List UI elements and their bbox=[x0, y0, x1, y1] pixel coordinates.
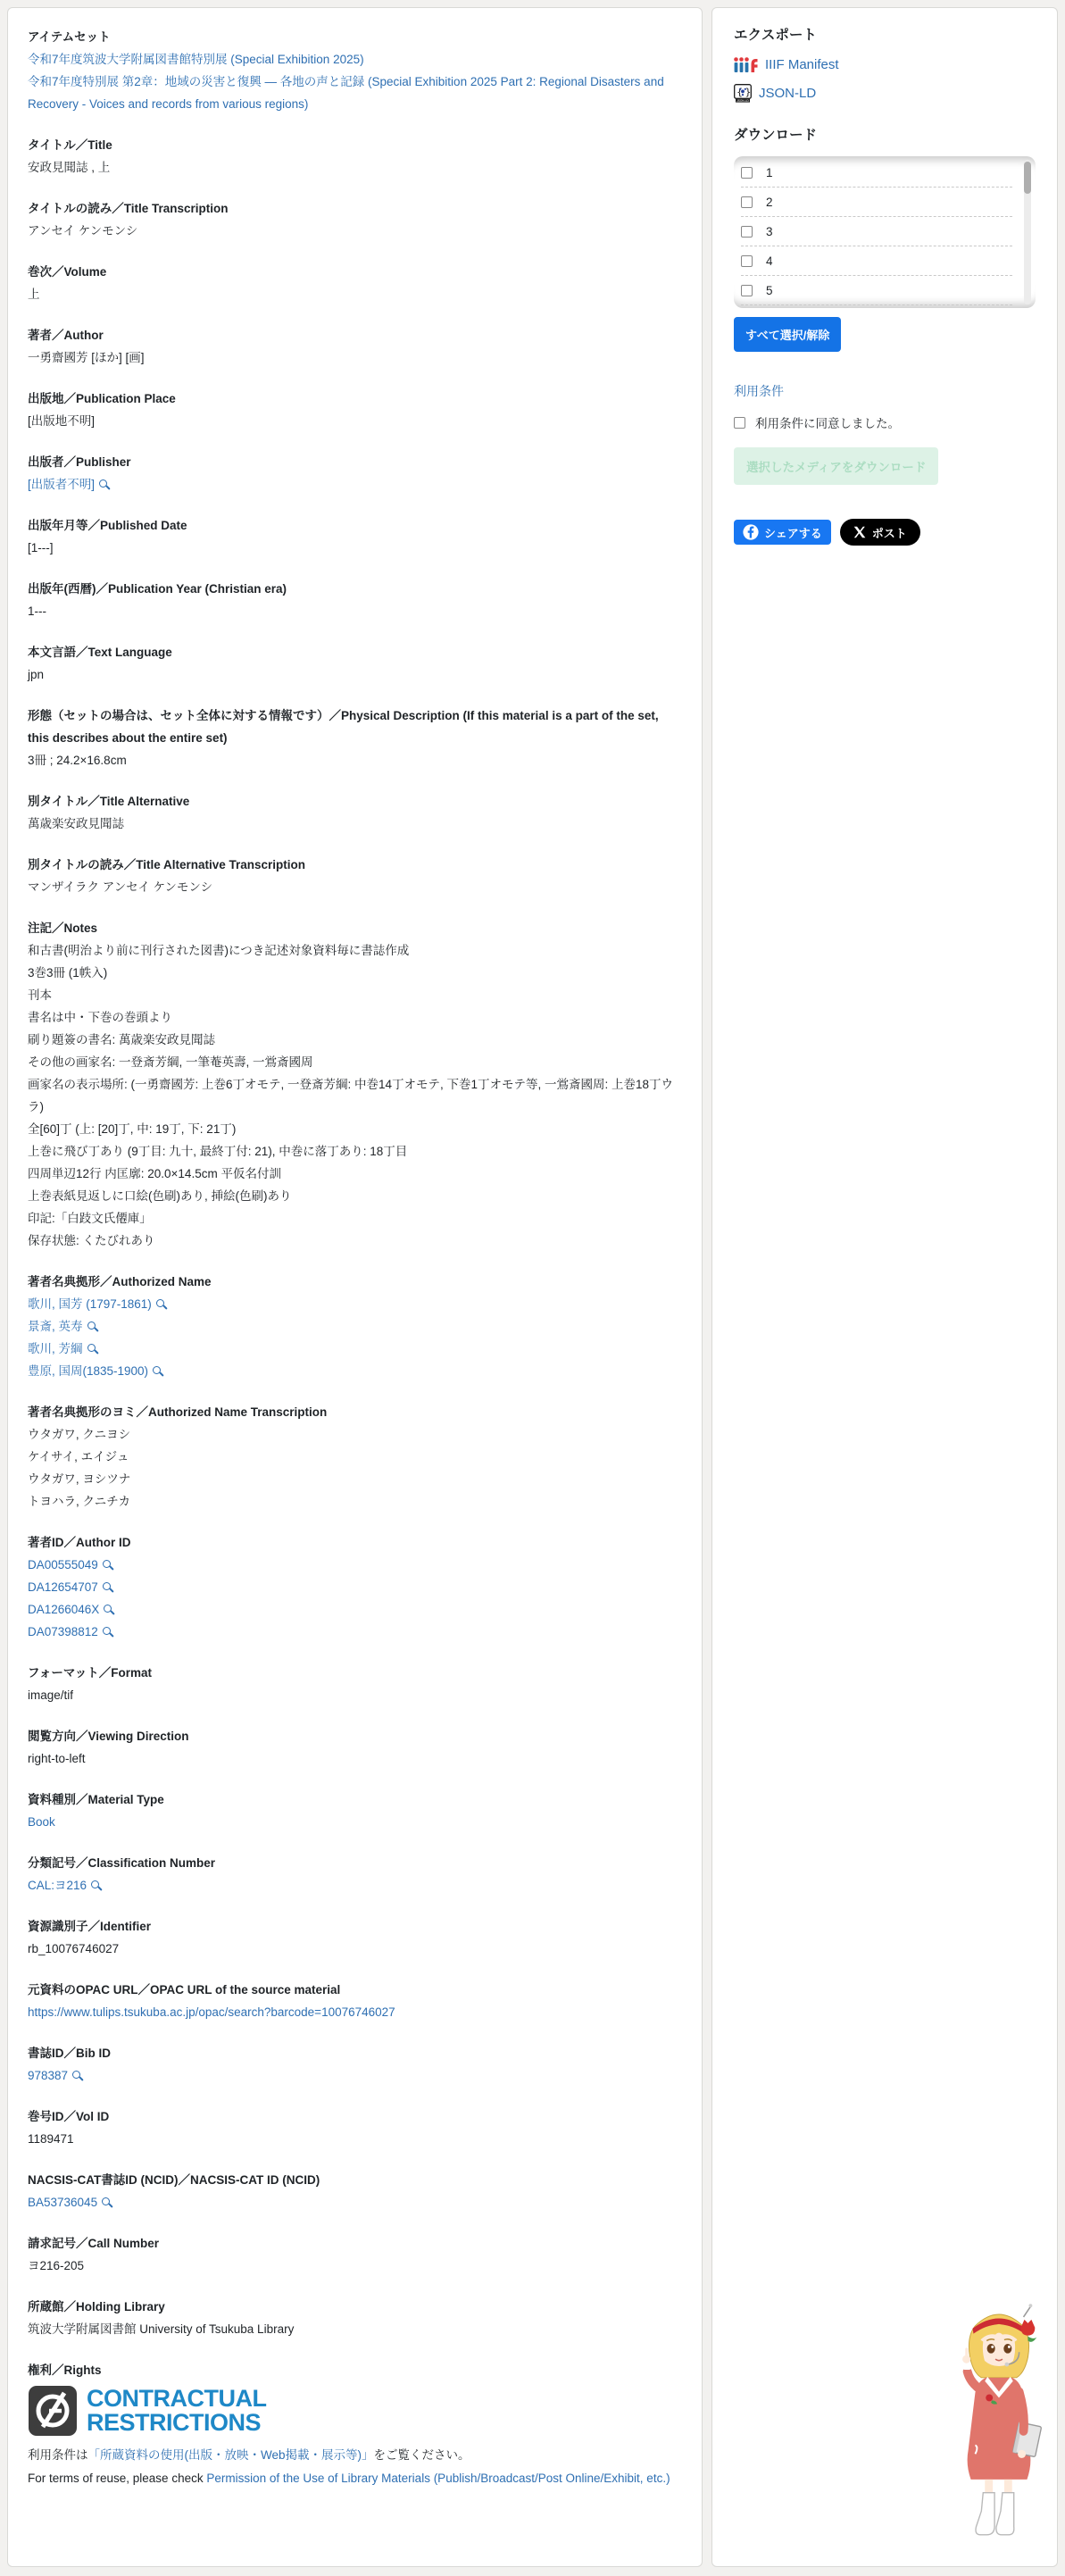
search-icon[interactable] bbox=[104, 1605, 112, 1613]
field-authorized-name-transcription: 著者名典拠形のヨミ／Authorized Name Transcription … bbox=[28, 1401, 682, 1513]
field-value: 筑波大学附属図書館 University of Tsukuba Library bbox=[28, 2318, 682, 2340]
field-label: 著者名典拠形／Authorized Name bbox=[28, 1271, 682, 1293]
material-type-link[interactable]: Book bbox=[28, 1815, 55, 1829]
svg-text:JSON-LD: JSON-LD bbox=[736, 99, 749, 103]
field-author-id: 著者ID／Author ID DA00555049 DA12654707 DA1… bbox=[28, 1531, 682, 1643]
contractual-restrictions-logo: CONTRACTUAL RESTRICTIONS bbox=[28, 2385, 682, 2437]
notes-line: 全[60]丁 (上: [20]丁, 中: 19丁, 下: 21丁) bbox=[28, 1118, 682, 1140]
field-label: 所蔵館／Holding Library bbox=[28, 2296, 682, 2318]
itemset-link[interactable]: 令和7年度筑波大学附属図書館特別展 (Special Exhibition 20… bbox=[28, 48, 682, 71]
field-format: フォーマット／Format image/tif bbox=[28, 1662, 682, 1706]
field-label: 形態（セットの場合は、セット全体に対する情報です）／Physical Descr… bbox=[28, 704, 682, 749]
search-icon[interactable] bbox=[156, 1299, 164, 1307]
field-label: 権利／Rights bbox=[28, 2359, 682, 2381]
field-notes: 注記／Notes 和古書(明治より前に刊行された図書)につき記述対象資料毎に書誌… bbox=[28, 917, 682, 1252]
facebook-icon bbox=[743, 524, 759, 540]
publisher-link[interactable]: [出版者不明] bbox=[28, 478, 95, 491]
field-label: NACSIS-CAT書誌ID (NCID)／NACSIS-CAT ID (NCI… bbox=[28, 2169, 682, 2191]
jsonld-logo-icon: { } JSON-LD bbox=[734, 84, 752, 103]
media-number: 1 bbox=[766, 166, 773, 179]
iiif-manifest-link[interactable]: IIIF Manifest bbox=[765, 57, 839, 72]
media-checkbox[interactable] bbox=[741, 255, 753, 267]
field-label: 出版年(西暦)／Publication Year (Christian era) bbox=[28, 578, 682, 600]
field-vol-id: 巻号ID／Vol ID 1189471 bbox=[28, 2105, 682, 2150]
field-classification-number: 分類記号／Classification Number CAL:ヨ216 bbox=[28, 1852, 682, 1897]
notes-line: その他の画家名: 一登斎芳綱, 一筆菴英壽, 一鴬斎國周 bbox=[28, 1051, 682, 1073]
search-icon[interactable] bbox=[99, 479, 107, 488]
field-value: jpn bbox=[28, 663, 682, 686]
field-ncid: NACSIS-CAT書誌ID (NCID)／NACSIS-CAT ID (NCI… bbox=[28, 2169, 682, 2213]
field-label: アイテムセット bbox=[28, 26, 682, 48]
item-metadata-page: { "main": { "itemset": { "label": "アイテムセ… bbox=[0, 0, 1065, 2576]
field-label: 本文言語／Text Language bbox=[28, 641, 682, 663]
ncid-link[interactable]: BA53736045 bbox=[28, 2196, 97, 2209]
export-heading: エクスポート bbox=[734, 26, 1036, 46]
field-value: [出版地不明] bbox=[28, 410, 682, 432]
field-value: [1---] bbox=[28, 537, 682, 559]
agree-terms-row[interactable]: 利用条件に同意しました。 bbox=[734, 413, 1036, 431]
search-icon[interactable] bbox=[103, 1582, 111, 1590]
notes-line: 刷り題簽の書名: 萬歳楽安政見聞誌 bbox=[28, 1029, 682, 1051]
field-viewing-direction: 閲覧方向／Viewing Direction right-to-left bbox=[28, 1725, 682, 1770]
search-icon[interactable] bbox=[153, 1366, 161, 1374]
field-label: 別タイトルの読み／Title Alternative Transcription bbox=[28, 854, 682, 876]
notes-line: 印記:「白跂文氏僊庫」 bbox=[28, 1207, 682, 1230]
media-row[interactable]: 5 bbox=[741, 276, 1012, 305]
search-icon[interactable] bbox=[103, 1627, 111, 1635]
field-physical-description: 形態（セットの場合は、セット全体に対する情報です）／Physical Descr… bbox=[28, 704, 682, 771]
authorized-name-link[interactable]: 景斎, 英寿 bbox=[28, 1320, 83, 1333]
rights-terms-en-link[interactable]: Permission of the Use of Library Materia… bbox=[206, 2472, 670, 2485]
notes-line: 書名は中・下巻の巻頭より bbox=[28, 1006, 682, 1029]
notes-line: 四周単辺12行 内匡廓: 20.0×14.5cm 平仮名付訓 bbox=[28, 1163, 682, 1185]
media-row[interactable]: 3 bbox=[741, 217, 1012, 246]
field-label: 巻次／Volume bbox=[28, 261, 682, 283]
search-icon[interactable] bbox=[102, 2197, 110, 2205]
field-holding-library: 所蔵館／Holding Library 筑波大学附属図書館 University… bbox=[28, 2296, 682, 2340]
field-label: 分類記号／Classification Number bbox=[28, 1852, 682, 1874]
scrollbar-thumb[interactable] bbox=[1024, 162, 1031, 194]
bib-id-link[interactable]: 978387 bbox=[28, 2069, 68, 2082]
notes-line: 上巻に飛び丁あり (9丁目: 九十, 最終丁付: 21), 中巻に落丁あり: 1… bbox=[28, 1140, 682, 1163]
field-value: ヨ216-205 bbox=[28, 2255, 682, 2277]
field-label: 別タイトル／Title Alternative bbox=[28, 790, 682, 813]
field-itemset: アイテムセット 令和7年度筑波大学附属図書館特別展 (Special Exhib… bbox=[28, 26, 682, 115]
facebook-share-button[interactable]: シェアする bbox=[734, 520, 831, 545]
field-value: マンザイラク アンセイ ケンモンシ bbox=[28, 876, 682, 898]
rights-logo-text: CONTRACTUAL bbox=[87, 2387, 266, 2411]
field-publisher: 出版者／Publisher [出版者不明] bbox=[28, 451, 682, 496]
contractual-restrictions-icon bbox=[28, 2385, 78, 2437]
metadata-panel: アイテムセット 令和7年度筑波大学附属図書館特別展 (Special Exhib… bbox=[7, 7, 703, 2567]
select-all-button[interactable]: すべて選択/解除 bbox=[734, 317, 841, 352]
media-row[interactable]: 2 bbox=[741, 188, 1012, 217]
field-label: 著者名典拠形のヨミ／Authorized Name Transcription bbox=[28, 1401, 682, 1423]
name-yomi-line: ケイサイ, エイジュ bbox=[28, 1446, 682, 1468]
field-label: 出版地／Publication Place bbox=[28, 388, 682, 410]
field-value: 一勇齋國芳 [ほか] [画] bbox=[28, 346, 682, 369]
author-id-link[interactable]: DA12654707 bbox=[28, 1580, 98, 1594]
search-icon[interactable] bbox=[72, 2071, 80, 2079]
svg-text:}: } bbox=[745, 87, 752, 98]
notes-line: 上巻表紙見返しに口絵(色刷)あり, 挿絵(色刷)あり bbox=[28, 1185, 682, 1207]
field-value: 萬歳楽安政見聞誌 bbox=[28, 813, 682, 835]
rights-notice-en: For terms of reuse, please check Permiss… bbox=[28, 2467, 682, 2490]
media-checkbox[interactable] bbox=[741, 196, 753, 208]
field-authorized-name: 著者名典拠形／Authorized Name 歌川, 国芳 (1797-1861… bbox=[28, 1271, 682, 1382]
agree-terms-label: 利用条件に同意しました。 bbox=[755, 413, 900, 431]
field-title-transcription: タイトルの読み／Title Transcription アンセイ ケンモンシ bbox=[28, 197, 682, 242]
name-yomi-line: ウタガワ, クニヨシ bbox=[28, 1423, 682, 1446]
media-checkbox[interactable] bbox=[741, 167, 753, 179]
author-id-link[interactable]: DA07398812 bbox=[28, 1625, 98, 1638]
field-label: 出版年月等／Published Date bbox=[28, 514, 682, 537]
media-number: 4 bbox=[766, 254, 773, 268]
media-row[interactable]: 1 bbox=[741, 158, 1012, 188]
field-label: 注記／Notes bbox=[28, 917, 682, 939]
download-selected-button: 選択したメディアをダウンロード bbox=[734, 447, 938, 485]
download-heading: ダウンロード bbox=[734, 126, 1036, 146]
field-title-alternative-transcription: 別タイトルの読み／Title Alternative Transcription… bbox=[28, 854, 682, 898]
iiif-manifest-row: IIIF Manifest bbox=[734, 57, 1036, 72]
field-value: 1189471 bbox=[28, 2128, 682, 2150]
field-value: right-to-left bbox=[28, 1747, 682, 1770]
search-icon[interactable] bbox=[103, 1560, 111, 1568]
field-published-date: 出版年月等／Published Date [1---] bbox=[28, 514, 682, 559]
field-label: 資源識別子／Identifier bbox=[28, 1915, 682, 1938]
field-publication-year: 出版年(西暦)／Publication Year (Christian era)… bbox=[28, 578, 682, 622]
agree-terms-checkbox[interactable] bbox=[734, 417, 745, 429]
search-icon[interactable] bbox=[87, 1344, 96, 1352]
field-label: 書誌ID／Bib ID bbox=[28, 2042, 682, 2064]
jsonld-link[interactable]: JSON-LD bbox=[759, 86, 816, 101]
notes-line: 刊本 bbox=[28, 984, 682, 1006]
field-label: タイトルの読み／Title Transcription bbox=[28, 197, 682, 220]
notes-line: 3巻3冊 (1帙入) bbox=[28, 962, 682, 984]
media-number: 2 bbox=[766, 196, 773, 209]
authorized-name-link[interactable]: 歌川, 国芳 (1797-1861) bbox=[28, 1297, 152, 1311]
notes-line: 画家名の表示場所: (一勇齋國芳: 上巻6丁オモテ, 一登斎芳綱: 中巻14丁オ… bbox=[28, 1073, 682, 1118]
field-label: タイトル／Title bbox=[28, 134, 682, 156]
iiif-logo-icon bbox=[734, 57, 758, 72]
field-bib-id: 書誌ID／Bib ID 978387 bbox=[28, 2042, 682, 2087]
media-number: 5 bbox=[766, 284, 773, 297]
rights-logo-text: RESTRICTIONS bbox=[87, 2411, 266, 2435]
media-row[interactable]: 4 bbox=[741, 246, 1012, 276]
field-publication-place: 出版地／Publication Place [出版地不明] bbox=[28, 388, 682, 432]
field-rights: 権利／Rights CONTRACTUAL RESTRICTIONS 利用条件は… bbox=[28, 2359, 682, 2490]
media-number: 3 bbox=[766, 225, 773, 238]
field-value: rb_10076746027 bbox=[28, 1938, 682, 1960]
field-value: 安政見聞誌 , 上 bbox=[28, 156, 682, 179]
notes-line: 保存状態: くたびれあり bbox=[28, 1230, 682, 1252]
authorized-name-link[interactable]: 歌川, 芳綱 bbox=[28, 1342, 83, 1355]
field-title-alternative: 別タイトル／Title Alternative 萬歳楽安政見聞誌 bbox=[28, 790, 682, 835]
field-label: 閲覧方向／Viewing Direction bbox=[28, 1725, 682, 1747]
jsonld-row: { } JSON-LD JSON-LD bbox=[734, 84, 1036, 103]
field-label: 請求記号／Call Number bbox=[28, 2232, 682, 2255]
media-checkbox[interactable] bbox=[741, 226, 753, 238]
field-value: 3冊 ; 24.2×16.8cm bbox=[28, 749, 682, 771]
author-id-link[interactable]: DA1266046X bbox=[28, 1603, 99, 1616]
download-media-list: 1 2 3 4 5 bbox=[734, 156, 1036, 308]
field-label: 著者ID／Author ID bbox=[28, 1531, 682, 1554]
name-yomi-line: ウタガワ, ヨシツナ bbox=[28, 1468, 682, 1490]
itemset-link[interactable]: 令和7年度特別展 第2章：地域の災害と復興 ― 各地の声と記録 (Special… bbox=[28, 71, 682, 115]
rights-notice-jp: 利用条件は「所蔵資料の使用(出版・放映・Web掲載・展示等)」をご覧ください。 bbox=[28, 2444, 682, 2467]
field-label: 著者／Author bbox=[28, 324, 682, 346]
field-label: 資料種別／Material Type bbox=[28, 1788, 682, 1811]
x-icon bbox=[853, 526, 866, 538]
field-value: 上 bbox=[28, 283, 682, 305]
scrollbar-track[interactable] bbox=[1024, 160, 1031, 304]
field-label: 巻号ID／Vol ID bbox=[28, 2105, 682, 2128]
field-text-language: 本文言語／Text Language jpn bbox=[28, 641, 682, 686]
search-icon[interactable] bbox=[87, 1321, 96, 1330]
field-value: image/tif bbox=[28, 1684, 682, 1706]
media-checkbox[interactable] bbox=[741, 285, 753, 296]
name-yomi-line: トヨハラ, クニチカ bbox=[28, 1490, 682, 1513]
field-title: タイトル／Title 安政見聞誌 , 上 bbox=[28, 134, 682, 179]
notes-line: 和古書(明治より前に刊行された図書)につき記述対象資料毎に書誌作成 bbox=[28, 939, 682, 962]
rights-terms-jp-link[interactable]: 「所蔵資料の使用(出版・放映・Web掲載・展示等)」 bbox=[88, 2448, 374, 2462]
field-call-number: 請求記号／Call Number ヨ216-205 bbox=[28, 2232, 682, 2277]
terms-of-use-link[interactable]: 利用条件 bbox=[734, 382, 1036, 400]
classification-link[interactable]: CAL:ヨ216 bbox=[28, 1879, 87, 1892]
authorized-name-link[interactable]: 豊原, 国周(1835-1900) bbox=[28, 1364, 148, 1378]
field-label: 元資料のOPAC URL／OPAC URL of the source mate… bbox=[28, 1979, 682, 2001]
field-identifier: 資源識別子／Identifier rb_10076746027 bbox=[28, 1915, 682, 1960]
field-value: アンセイ ケンモンシ bbox=[28, 220, 682, 242]
field-opac-url: 元資料のOPAC URL／OPAC URL of the source mate… bbox=[28, 1979, 682, 2023]
field-value: 1--- bbox=[28, 600, 682, 622]
field-material-type: 資料種別／Material Type Book bbox=[28, 1788, 682, 1833]
share-row: シェアする ポスト bbox=[734, 519, 1036, 546]
author-id-link[interactable]: DA00555049 bbox=[28, 1558, 98, 1571]
field-label: 出版者／Publisher bbox=[28, 451, 682, 473]
export-download-panel: エクスポート IIIF Manifest { } JSON-LD JSON-LD… bbox=[711, 7, 1058, 2567]
field-label: フォーマット／Format bbox=[28, 1662, 682, 1684]
search-icon[interactable] bbox=[91, 1880, 99, 1888]
field-volume: 巻次／Volume 上 bbox=[28, 261, 682, 305]
mascot-image bbox=[946, 2290, 1052, 2555]
opac-url-link[interactable]: https://www.tulips.tsukuba.ac.jp/opac/se… bbox=[28, 2005, 395, 2019]
x-post-button[interactable]: ポスト bbox=[840, 519, 920, 546]
field-author: 著者／Author 一勇齋國芳 [ほか] [画] bbox=[28, 324, 682, 369]
